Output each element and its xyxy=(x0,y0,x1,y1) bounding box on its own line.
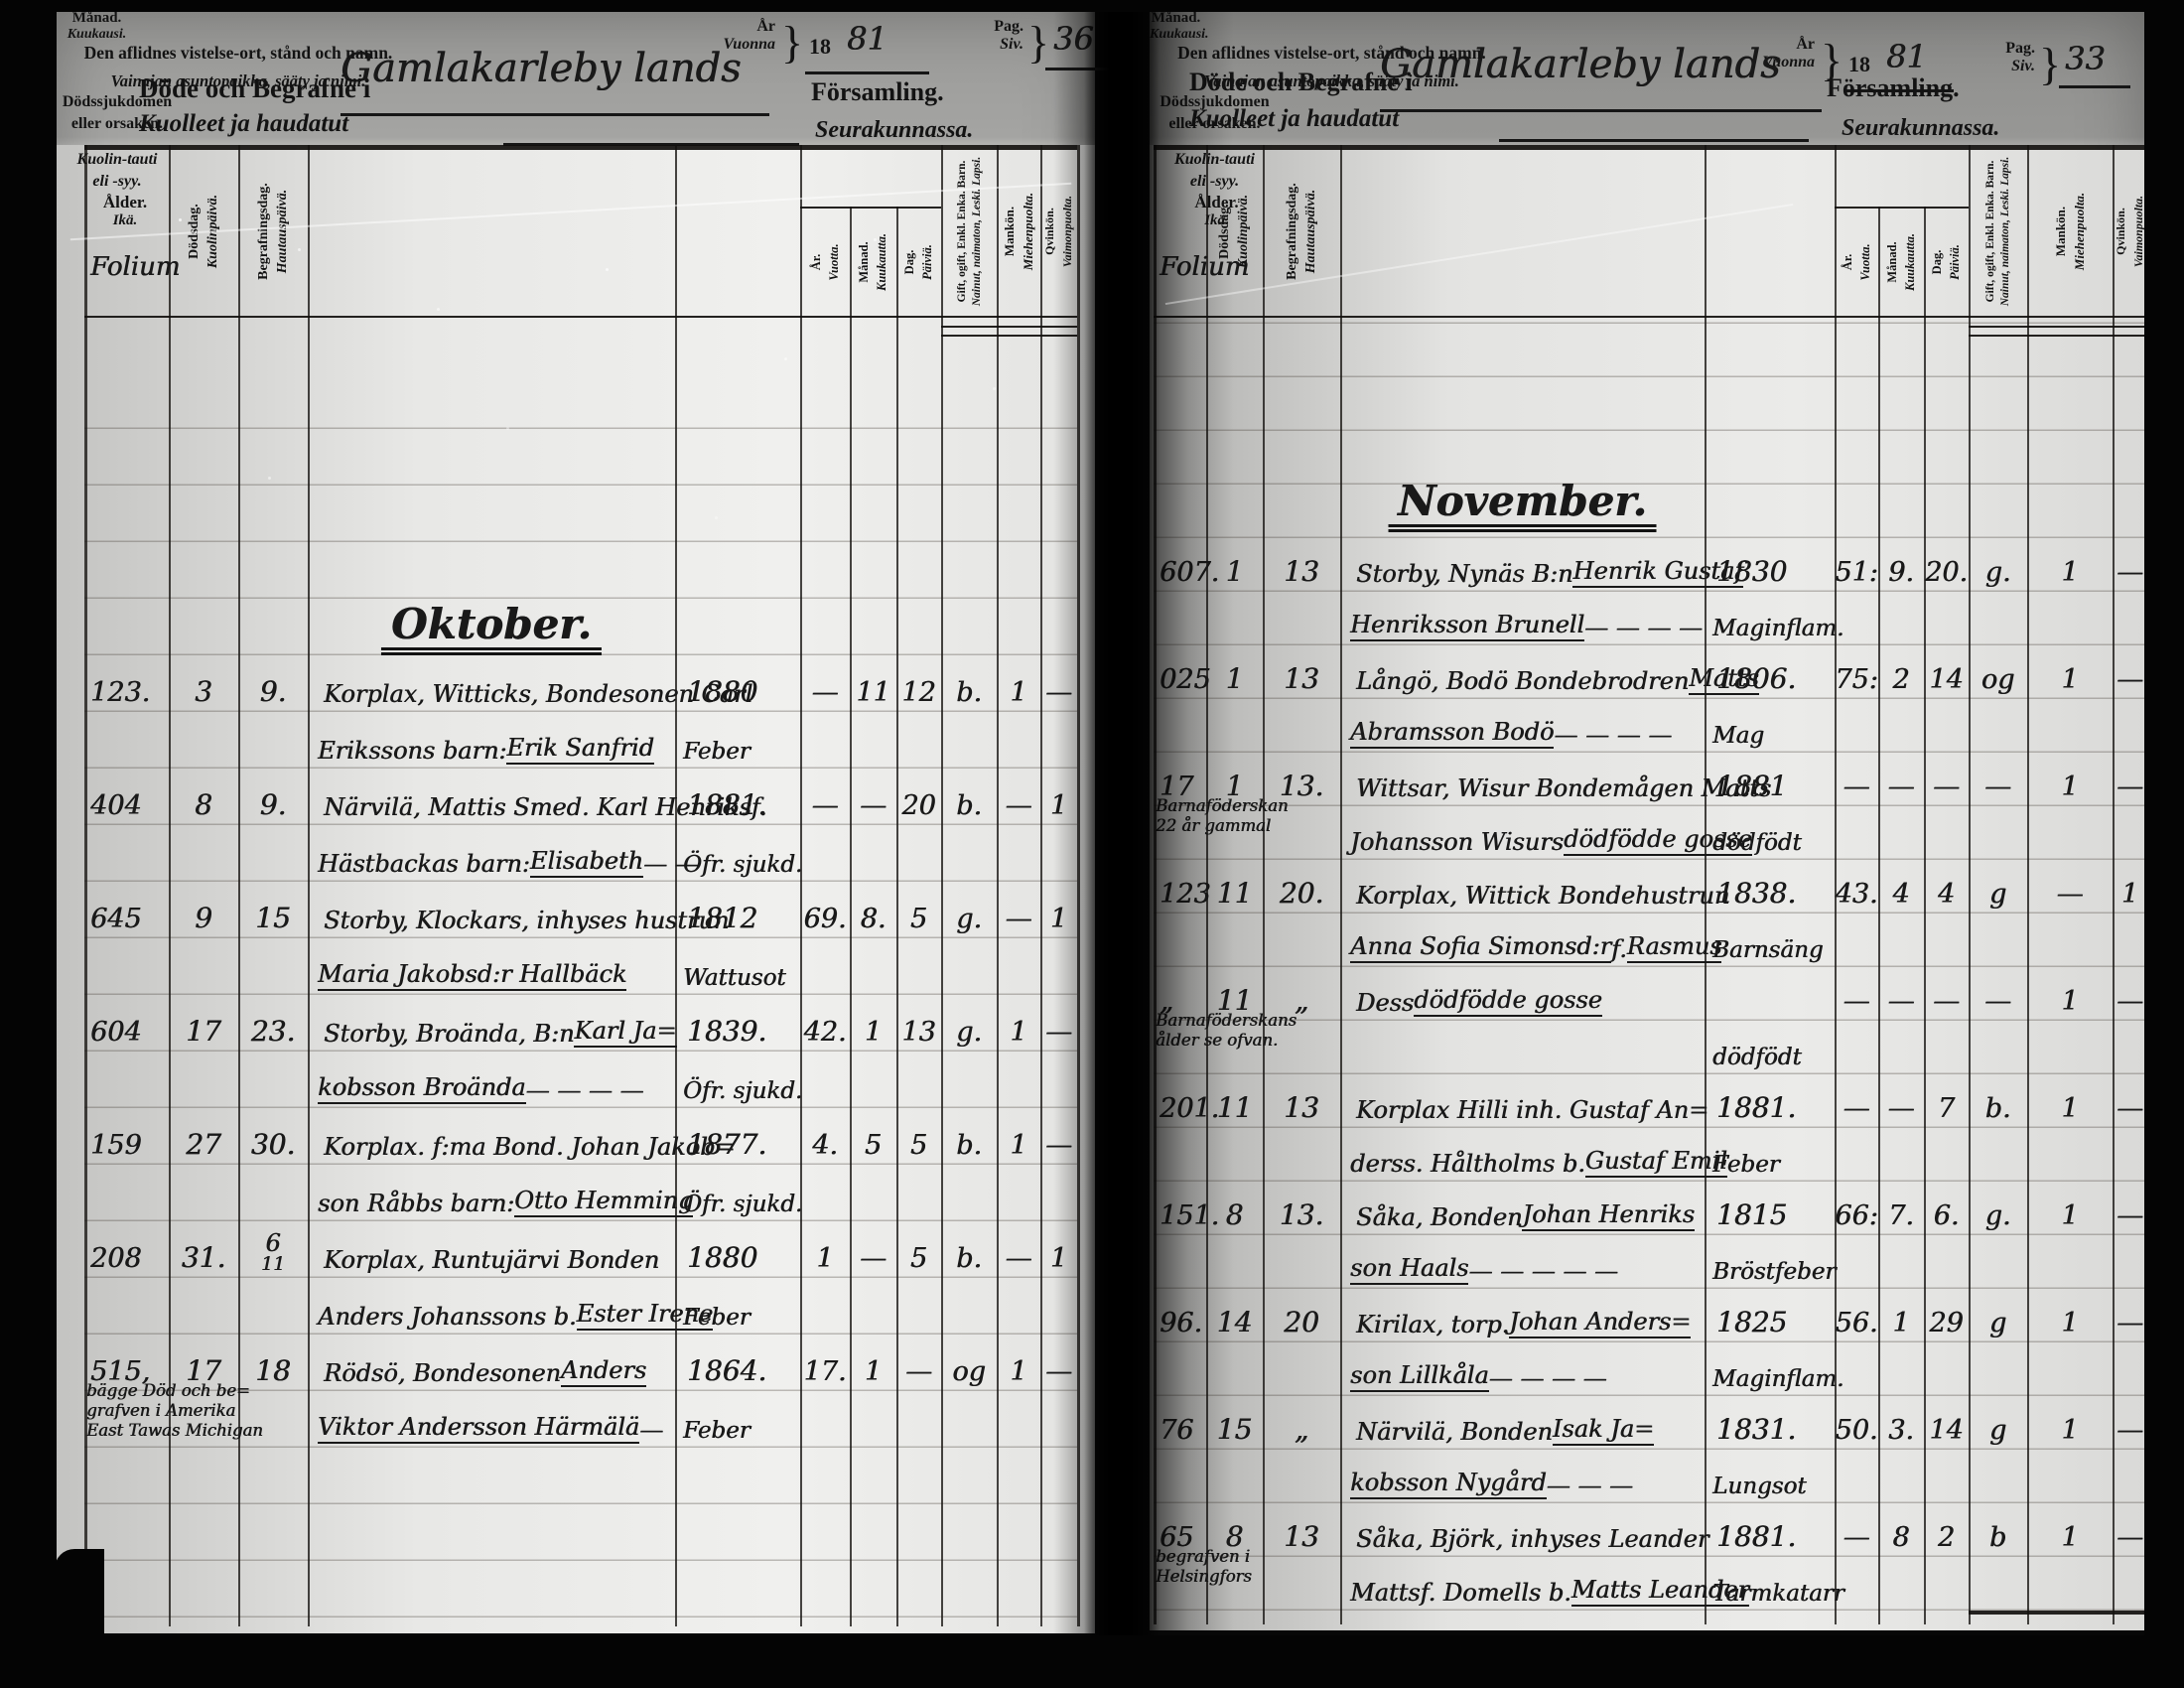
cause-col-label: eller orsaken. xyxy=(55,113,180,135)
margin-note-line: grafven i Amerika xyxy=(86,1401,330,1421)
cause-cell: Öfr. sjukd. xyxy=(683,825,800,882)
male-cell: 1 xyxy=(2027,967,2113,1021)
column-header-burial-day-fi: Hautauspäivä. xyxy=(275,149,291,314)
name-text: Korplax, Wittick Bondehustrun xyxy=(1356,882,1729,910)
name-text: — — — — xyxy=(1489,1364,1607,1392)
name-line-1: Dess dödfödde gosse xyxy=(1356,967,1705,1021)
birth-year-cell: 1881. xyxy=(1716,1503,1835,1557)
frame-right xyxy=(2144,0,2184,1688)
age-years-cell: — xyxy=(1835,753,1878,806)
name-line-2: Erikssons barn: Erik Sanfrid xyxy=(318,712,675,769)
death-day-cell: 9 xyxy=(169,882,238,938)
female-cell: — xyxy=(2113,538,2147,592)
age-months-cell: 5 xyxy=(850,1108,896,1165)
male-cell: 1 xyxy=(2027,1074,2113,1128)
column-header-civil-status-fi: Nainut, naimaton, Leski. Lapsi. xyxy=(971,149,983,314)
age-months-cell: — xyxy=(1878,1074,1924,1128)
underlined-name: kobsson Nygård xyxy=(1350,1469,1547,1499)
underlined-name: Isak Ja= xyxy=(1553,1415,1654,1446)
male-cell: — xyxy=(997,769,1040,825)
status-cell: g. xyxy=(1969,538,2027,592)
age-months-cell: — xyxy=(850,1221,896,1278)
name-text: Korplax Hilli inh. Gustaf An= xyxy=(1356,1096,1708,1124)
age-years-cell: — xyxy=(1835,1074,1878,1128)
column-header-age-years-sv: År. xyxy=(809,211,824,314)
name-text: — — — — — xyxy=(1468,1257,1618,1285)
folio-cell: 645 xyxy=(90,882,169,938)
column-header-male-fi: Miehenpuolta. xyxy=(2072,149,2088,314)
underlined-name: Karl Ja= xyxy=(574,1017,676,1048)
name-text: — — — — xyxy=(1584,614,1703,641)
birth-year-cell: 1812 xyxy=(687,882,800,938)
name-text: Storby, Klockars, inhyses hustrun xyxy=(324,907,729,934)
male-cell: — xyxy=(997,882,1040,938)
column-header-civil-status-fi: Nainut, naimaton, Leski. Lapsi. xyxy=(1999,149,2011,314)
age-months-cell: 4 xyxy=(1878,860,1924,914)
name-text: — — — xyxy=(1547,1472,1633,1499)
status-cell: g. xyxy=(1969,1182,2027,1235)
age-days-cell: — xyxy=(1924,967,1969,1021)
birth-year-cell: 1881. xyxy=(1716,1074,1835,1128)
age-days-cell: 6. xyxy=(1924,1182,1969,1235)
age-months-cell: 9. xyxy=(1878,538,1924,592)
name-text: Wittsar, Wisur Bondemågen Matts xyxy=(1356,774,1771,802)
age-years-cell: 17. xyxy=(800,1335,850,1391)
age-months-cell: 1 xyxy=(1878,1289,1924,1342)
burial-day-cell: 9. xyxy=(238,769,308,825)
status-cell: g. xyxy=(941,882,997,938)
name-text: Såka, Björk, inhyses Leander xyxy=(1356,1525,1708,1553)
column-header-civil-status-sv: Gift, ogift, Enkl. Enka. Barn. xyxy=(956,149,968,314)
burial-day-cell: 15 xyxy=(238,882,308,938)
folium-handwritten: Folium xyxy=(90,252,180,282)
name-text: Storby, Nynäs B:n xyxy=(1356,560,1572,588)
column-header-age-months-fi: Kuukautta. xyxy=(875,211,889,314)
status-cell: — xyxy=(1969,967,2027,1021)
name-text: — — — — xyxy=(1554,721,1672,749)
underlined-name: Otto Hemming xyxy=(514,1187,693,1217)
name-line-2: Hästbackas barn: Elisabeth — — xyxy=(318,825,675,882)
female-cell: — xyxy=(2113,1503,2147,1557)
status-cell: b. xyxy=(1969,1074,2027,1128)
name-line-1: Korplax, Runtujärvi Bonden xyxy=(324,1221,675,1278)
column-header-age-days-fi: Päiviä. xyxy=(1948,211,1963,314)
death-day-cell: 8 xyxy=(169,769,238,825)
status-cell: b. xyxy=(941,1221,997,1278)
column-header-civil-status: Gift, ogift, Enkl. Enka. Barn.Nainut, na… xyxy=(1969,149,2027,314)
name-line-1: Storby, Nynäs B:n Henrik Gustaf xyxy=(1356,538,1705,592)
status-cell: og xyxy=(1969,645,2027,699)
age-years-cell: 1 xyxy=(800,1221,850,1278)
column-header-burial-day-fi: Hautauspäivä. xyxy=(1303,149,1319,314)
cause-cell: Maginflam. xyxy=(1712,592,1835,645)
name-line-1: Såka, Bonden Johan Henriks xyxy=(1356,1182,1705,1235)
age-days-cell: 14 xyxy=(1924,1396,1969,1450)
margin-note-line: bägge Död och be= xyxy=(86,1381,330,1401)
age-months-cell: 8. xyxy=(850,882,896,938)
birth-year-cell: 1864. xyxy=(687,1335,800,1391)
age-months-cell: 7. xyxy=(1878,1182,1924,1235)
name-line-1: Närvilä, Mattis Smed. Karl Henriksf. xyxy=(324,769,675,825)
cause-cell: dödfödt xyxy=(1712,1021,1835,1074)
age-days-cell: 14 xyxy=(1924,645,1969,699)
burial-day-cell: 13 xyxy=(1263,538,1340,592)
column-header-male-sv: Mankön. xyxy=(2053,149,2069,314)
column-header-age-years-label: År.Vuotta. xyxy=(1835,211,1878,314)
status-cell: b xyxy=(1969,1503,2027,1557)
double-rule-mark xyxy=(1969,326,2147,328)
age-months-cell: — xyxy=(1878,967,1924,1021)
name-text: Erikssons barn: xyxy=(318,737,506,765)
burial-day-cell: 20 xyxy=(1263,1289,1340,1342)
gutter-fold-shadow xyxy=(1150,10,1234,1630)
birth-year-cell: 1806. xyxy=(1716,645,1835,699)
name-text: Närvilä, Bonden xyxy=(1356,1418,1553,1446)
name-text: Anders Johanssons b. xyxy=(318,1303,577,1331)
header-bottom-line xyxy=(1154,316,2147,318)
underlined-name: dödfödde gosse xyxy=(1414,986,1602,1017)
column-header-cause: Dödssjukdomeneller orsaken.Kuolin-tautie… xyxy=(55,91,180,193)
column-header-male-label: Mankön.Miehenpuolta. xyxy=(2027,149,2113,314)
status-cell: g xyxy=(1969,860,2027,914)
column-header-age-days: Dag.Päiviä. xyxy=(1924,211,1969,314)
status-cell: — xyxy=(1969,753,2027,806)
male-cell: 1 xyxy=(2027,1289,2113,1342)
column-header-burial-day-label: Begrafningsdag.Hautauspäivä. xyxy=(1263,149,1340,314)
age-days-cell: 5 xyxy=(896,1221,941,1278)
name-line-2: Mattsf. Domells b. Matts Leander xyxy=(1350,1557,1705,1611)
burial-day-cell: 13 xyxy=(1263,1074,1340,1128)
age-years-cell: — xyxy=(1835,967,1878,1021)
male-cell: 1 xyxy=(2027,645,2113,699)
name-text: Johansson Wisurs xyxy=(1350,828,1564,856)
column-header-month: Månad.Kuukausi. xyxy=(55,10,139,43)
name-text: Kirilax, torp. xyxy=(1356,1311,1509,1338)
birth-year-cell: 1839. xyxy=(687,995,800,1052)
column-header-age-days-sv: Dag. xyxy=(1930,211,1945,314)
name-line-2: son Lillkåla — — — — xyxy=(1350,1342,1705,1396)
underlined-name: Rasmus xyxy=(1627,932,1722,963)
double-rule-mark xyxy=(1969,335,2147,337)
burial-day-cell: „ xyxy=(1263,1396,1340,1450)
name-line-1: Såka, Björk, inhyses Leander xyxy=(1356,1503,1705,1557)
right-record-table: Månad.Kuukausi.FoliumDödsdag.Kuolinpäivä… xyxy=(1150,10,2147,1630)
age-group-line xyxy=(1835,207,1969,209)
underlined-name: Anna Sofia Simonsd:r xyxy=(1350,932,1611,963)
name-line-1: Wittsar, Wisur Bondemågen Matts xyxy=(1356,753,1705,806)
age-months-cell: — xyxy=(1878,753,1924,806)
column-header-age-days: Dag.Päiviä. xyxy=(896,211,941,314)
column-header-age-days-label: Dag.Päiviä. xyxy=(1924,211,1969,314)
column-header-age-years-fi: Vuotta. xyxy=(1858,211,1873,314)
death-day-cell: 3 xyxy=(169,655,238,712)
frame-left xyxy=(0,0,57,1688)
burial-day-cell: 9. xyxy=(238,655,308,712)
column-header-age-months: Månad.Kuukautta. xyxy=(1878,211,1924,314)
age-years-cell: 75: xyxy=(1835,645,1878,699)
burial-day-cell: 13 xyxy=(1263,645,1340,699)
age-years-cell: — xyxy=(800,655,850,712)
column-header-age-months-sv: Månad. xyxy=(857,211,872,314)
cause-cell: Öfr. sjukd. xyxy=(683,1052,800,1108)
age-days-cell: 4 xyxy=(1924,860,1969,914)
sum-line xyxy=(1969,1611,2147,1615)
name-line-2: kobsson Broända — — — — xyxy=(318,1052,675,1108)
column-header-male-label: Mankön.Miehenpuolta. xyxy=(997,149,1040,314)
month-heading: November. xyxy=(1388,481,1657,532)
column-header-burial-day-label: Begrafningsdag.Hautauspäivä. xyxy=(238,149,308,314)
birth-year-cell: 1881. xyxy=(687,769,800,825)
column-header-age-years: År.Vuotta. xyxy=(800,211,850,314)
column-header-civil-status: Gift, ogift, Enkl. Enka. Barn.Nainut, na… xyxy=(941,149,997,314)
column-header-burial-day: Begrafningsdag.Hautauspäivä. xyxy=(238,149,308,314)
male-cell: — xyxy=(997,1221,1040,1278)
name-col-label-fi: Vainajan asuntopaikka, sääty ja nimi. xyxy=(55,71,422,91)
cause-cell: Bröstfeber xyxy=(1712,1235,1835,1289)
name-line-1: Långö, Bodö Bondebrodren Matts xyxy=(1356,645,1705,699)
birth-year-cell xyxy=(1716,967,1835,1021)
underlined-name: Maria Jakobsd:r Hallbäck xyxy=(318,960,626,991)
column-header-age-years: År.Vuotta. xyxy=(1835,211,1878,314)
status-cell: og xyxy=(941,1335,997,1391)
age-years-cell: 51: xyxy=(1835,538,1878,592)
name-text: Hästbackas barn: xyxy=(318,850,530,878)
column-header-male-sv: Mankön. xyxy=(1002,149,1018,314)
underlined-name: Erik Sanfrid xyxy=(506,734,653,765)
male-cell: 1 xyxy=(2027,538,2113,592)
male-cell: 1 xyxy=(997,995,1040,1052)
column-header-civil-status-label: Gift, ogift, Enkl. Enka. Barn.Nainut, na… xyxy=(1969,149,2027,314)
name-text: — xyxy=(639,1416,663,1444)
birth-year-cell: 1881 xyxy=(1716,753,1835,806)
left-page: År Vuonna } 18 81 Pag. Siv. } 36 Döde oc… xyxy=(55,10,1095,1633)
header-bottom-line xyxy=(84,316,1077,318)
age-months-cell: 11 xyxy=(850,655,896,712)
name-line-2: Abramsson Bodö — — — — xyxy=(1350,699,1705,753)
cause-col-label: Kuolin-tauti xyxy=(55,149,180,171)
name-line-2: Anders Johanssons b. Ester Irene xyxy=(318,1278,675,1335)
stacked-date: 611 xyxy=(261,1231,285,1274)
male-cell: 1 xyxy=(997,655,1040,712)
birth-year-cell: 1815 xyxy=(1716,1182,1835,1235)
column-header-age-years-fi: Vuotta. xyxy=(827,211,842,314)
age-years-cell: 50. xyxy=(1835,1396,1878,1450)
cause-cell: Feber xyxy=(683,712,800,769)
age-years-cell: 69. xyxy=(800,882,850,938)
margin-note: bägge Död och be=grafven i AmerikaEast T… xyxy=(86,1381,330,1441)
column-header-name: Den aflidnes vistelse-ort, stånd och nam… xyxy=(55,43,422,91)
age-years-cell: 43. xyxy=(1835,860,1878,914)
column-header-age-years-label: År.Vuotta. xyxy=(800,211,850,314)
frame-top xyxy=(0,0,2184,12)
age-months-cell: 1 xyxy=(850,1335,896,1391)
left-record-table: Månad.Kuukausi.FoliumDödsdag.Kuolinpäivä… xyxy=(55,10,1095,1633)
male-cell: 1 xyxy=(2027,1396,2113,1450)
age-days-cell: 2 xyxy=(1924,1503,1969,1557)
name-line-2: Anna Sofia Simonsd:r f. Rasmus xyxy=(1350,914,1705,967)
male-cell: 1 xyxy=(2027,1182,2113,1235)
month-heading: Oktober. xyxy=(381,604,602,655)
male-cell: 1 xyxy=(2027,1503,2113,1557)
right-page: År Vuonna } 18 81 Pag. Siv. } 33 Döde oc… xyxy=(1150,10,2147,1630)
name-line-1: Storby, Klockars, inhyses hustrun xyxy=(324,882,675,938)
burial-day-cell: 20. xyxy=(1263,860,1340,914)
male-cell: 1 xyxy=(2027,753,2113,806)
cause-cell: Tarmkatarr xyxy=(1712,1557,1835,1611)
column-header-age-days-fi: Päiviä. xyxy=(920,211,935,314)
female-cell: 1 xyxy=(2113,860,2147,914)
column-header-age-months-fi: Kuukautta. xyxy=(1903,211,1918,314)
name-line-1: Storby, Broända, B:n Karl Ja= xyxy=(324,995,675,1052)
underlined-name: son Haals xyxy=(1350,1254,1468,1285)
name-line-2: kobsson Nygård — — — xyxy=(1350,1450,1705,1503)
month-col-label-fi: Kuukausi. xyxy=(55,27,139,43)
age-days-cell: 5 xyxy=(896,882,941,938)
underlined-name: Johan Anders= xyxy=(1509,1308,1691,1338)
column-header-female-sv: Qvinkön. xyxy=(2114,149,2128,314)
age-years-cell: 4. xyxy=(800,1108,850,1165)
underlined-name: Viktor Andersson Härmälä xyxy=(318,1413,639,1444)
folio-cell: 159 xyxy=(90,1108,169,1165)
burial-day-cell: 23. xyxy=(238,995,308,1052)
name-line-1: Korplax Hilli inh. Gustaf An= xyxy=(1356,1074,1705,1128)
column-header-age-days-sv: Dag. xyxy=(902,211,917,314)
status-cell: g xyxy=(1969,1396,2027,1450)
name-line-2: derss. Håltholms b. Gustaf Emil xyxy=(1350,1128,1705,1182)
birth-year-cell: 1825 xyxy=(1716,1289,1835,1342)
folio-cell: 208 xyxy=(90,1221,169,1278)
cause-cell: Feber xyxy=(683,1391,800,1448)
underlined-name: Johan Henriks xyxy=(1522,1200,1695,1231)
column-header-age-months-label: Månad.Kuukautta. xyxy=(850,211,896,314)
female-cell: — xyxy=(2113,1074,2147,1128)
cause-col-label: Dödssjukdomen xyxy=(55,91,180,113)
burial-day-cell: 13. xyxy=(1263,1182,1340,1235)
column-header-civil-status-sv: Gift, ogift, Enkl. Enka. Barn. xyxy=(1984,149,1996,314)
name-text: Korplax. f:ma Bond. Johan Jakob= xyxy=(324,1133,736,1161)
name-line-2: Johansson Wisurs dödfödde gosse xyxy=(1350,806,1705,860)
column-header-burial-day-sv: Begrafningsdag. xyxy=(256,149,272,314)
name-line-1: Närvilä, Bonden Isak Ja= xyxy=(1356,1396,1705,1450)
age-group-line xyxy=(800,207,941,209)
column-header-male-fi: Miehenpuolta. xyxy=(1021,149,1036,314)
margin-note-line: East Tawas Michigan xyxy=(86,1421,330,1441)
column-header-male: Mankön.Miehenpuolta. xyxy=(997,149,1040,314)
age-days-cell: 7 xyxy=(1924,1074,1969,1128)
age-days-cell: 20 xyxy=(896,769,941,825)
name-text: Långö, Bodö Bondebrodren xyxy=(1356,667,1689,695)
birth-year-cell: 1877. xyxy=(687,1108,800,1165)
age-months-cell: 1 xyxy=(850,995,896,1052)
name-line-1: Korplax. f:ma Bond. Johan Jakob= xyxy=(324,1108,675,1165)
month-col-label-sv: Månad. xyxy=(55,10,139,27)
name-col-label-sv: Den aflidnes vistelse-ort, stånd och nam… xyxy=(55,43,422,64)
age-days-cell: — xyxy=(1924,753,1969,806)
column-header-female-label: Qvinkön.Vaimonpuolta. xyxy=(2113,149,2147,314)
age-years-cell: — xyxy=(1835,1503,1878,1557)
male-cell: 1 xyxy=(997,1335,1040,1391)
cause-cell: Feber xyxy=(1712,1128,1835,1182)
burial-day-cell: 30. xyxy=(238,1108,308,1165)
folio-cell: 404 xyxy=(90,769,169,825)
name-line-2: Viktor Andersson Härmälä — xyxy=(318,1391,675,1448)
name-text: Rödsö, Bondesonen xyxy=(324,1359,561,1387)
name-line-2: Maria Jakobsd:r Hallbäck xyxy=(318,938,675,995)
column-header-age-months-sv: Månad. xyxy=(1885,211,1900,314)
column-line xyxy=(675,145,677,1626)
age-months-cell: 3. xyxy=(1878,1396,1924,1450)
name-text: Storby, Broända, B:n xyxy=(324,1020,574,1048)
birth-year-cell: 1830 xyxy=(1716,538,1835,592)
male-cell: — xyxy=(2027,860,2113,914)
folio-cell: 604 xyxy=(90,995,169,1052)
cause-cell: Lungsot xyxy=(1712,1450,1835,1503)
name-line-1: Korplax, Witticks, Bondesonen Carl xyxy=(324,655,675,712)
cause-cell: Maginflam. xyxy=(1712,1342,1835,1396)
age-months-cell: — xyxy=(850,769,896,825)
column-header-burial-day-sv: Begrafningsdag. xyxy=(1285,149,1300,314)
column-header-age-years-sv: År. xyxy=(1841,211,1855,314)
scanned-parish-register-spread: År Vuonna } 18 81 Pag. Siv. } 36 Döde oc… xyxy=(0,0,2184,1688)
column-header-female: Qvinkön.Vaimonpuolta. xyxy=(2113,149,2147,314)
status-cell: g xyxy=(1969,1289,2027,1342)
age-days-cell: — xyxy=(896,1335,941,1391)
name-text: Såka, Bonden xyxy=(1356,1203,1522,1231)
death-day-cell: 27 xyxy=(169,1108,238,1165)
age-years-cell: — xyxy=(800,769,850,825)
book-fold xyxy=(1084,0,1160,1688)
age-years-cell: 56. xyxy=(1835,1289,1878,1342)
name-line-2: son Råbbs barn: Otto Hemming xyxy=(318,1165,675,1221)
name-text: son Råbbs barn: xyxy=(318,1190,514,1217)
column-header-civil-status-label: Gift, ogift, Enkl. Enka. Barn.Nainut, na… xyxy=(941,149,997,314)
cause-cell: dödfödt xyxy=(1712,806,1835,860)
column-header-age-months-label: Månad.Kuukautta. xyxy=(1878,211,1924,314)
underlined-name: Henriksson Brunell xyxy=(1350,611,1584,641)
name-text: f. xyxy=(1611,935,1627,963)
male-cell: 1 xyxy=(997,1108,1040,1165)
name-line-1: Rödsö, Bondesonen Anders xyxy=(324,1335,675,1391)
age-days-cell: 29 xyxy=(1924,1289,1969,1342)
name-text: — — — — xyxy=(526,1076,644,1104)
status-cell: b. xyxy=(941,1108,997,1165)
status-cell: g. xyxy=(941,995,997,1052)
name-text: Korplax, Runtujärvi Bonden xyxy=(324,1246,659,1274)
column-line xyxy=(1340,145,1342,1624)
underlined-name: kobsson Broända xyxy=(318,1073,526,1104)
burial-day-cell: 611 xyxy=(238,1221,308,1278)
female-cell: — xyxy=(2113,1396,2147,1450)
age-years-cell: 66: xyxy=(1835,1182,1878,1235)
age-months-cell: 8 xyxy=(1878,1503,1924,1557)
film-specks xyxy=(179,218,182,221)
age-months-cell: 2 xyxy=(1878,645,1924,699)
column-header-age-months: Månad.Kuukautta. xyxy=(850,211,896,314)
age-days-cell: 20. xyxy=(1924,538,1969,592)
birth-year-cell: 1880 xyxy=(687,1221,800,1278)
status-cell: b. xyxy=(941,769,997,825)
age-days-cell: 13 xyxy=(896,995,941,1052)
female-cell: — xyxy=(2113,967,2147,1021)
name-text: derss. Håltholms b. xyxy=(1350,1150,1585,1178)
status-cell: b. xyxy=(941,655,997,712)
age-days-cell: 5 xyxy=(896,1108,941,1165)
female-cell: — xyxy=(2113,1182,2147,1235)
cause-col-label: eli -syy. xyxy=(55,171,180,193)
underlined-name: Elisabeth xyxy=(530,847,643,878)
name-text: Dess xyxy=(1356,989,1414,1017)
cause-cell: Wattusot xyxy=(683,938,800,995)
